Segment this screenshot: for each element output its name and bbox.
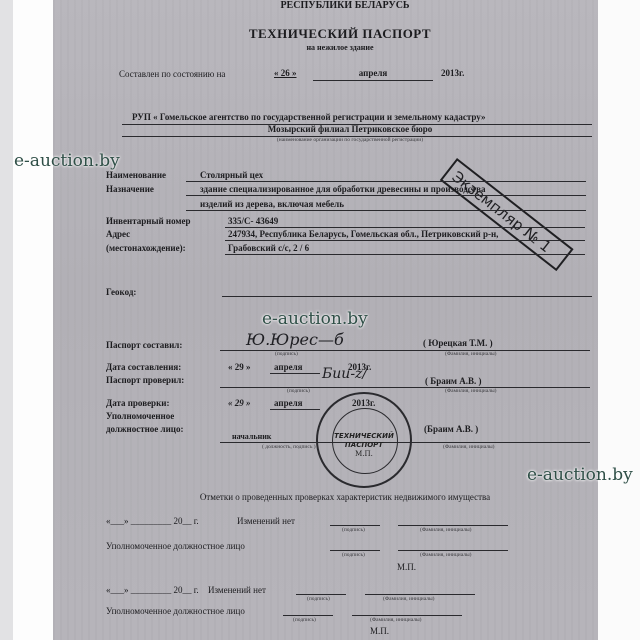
- scan-margin-right: [598, 0, 640, 640]
- compile-date-day: « 29 »: [228, 362, 251, 372]
- address-line2: Грабовский с/с, 2 / 6: [228, 243, 309, 253]
- check1-date: «___» _________ 20__ г.: [106, 516, 199, 526]
- check2-name-caption: (Фамилия, инициалы): [383, 596, 435, 602]
- scan-margin-left: [13, 0, 53, 640]
- checker-signature: Бuu-z/: [322, 366, 367, 382]
- watermark: e-auction.by: [527, 465, 633, 485]
- check1-official-sign-caption: (подпись): [342, 552, 365, 558]
- check1-name-caption: (Фамилия, инициалы): [420, 527, 472, 533]
- check-date-month: апреля: [274, 398, 303, 408]
- check-date-day: « 29 »: [228, 398, 251, 408]
- purpose-underline1: [186, 195, 586, 196]
- check1-official-name-caption: (Фамилия, инициалы): [420, 552, 472, 558]
- watermark: e-auction.by: [14, 151, 120, 171]
- republic-header: РЕСПУБЛИКИ БЕЛАРУСЬ: [230, 0, 460, 11]
- name-value: Столярный цех: [200, 170, 263, 180]
- check2-official-sign-caption: (подпись): [293, 617, 316, 623]
- check2-name-line: [365, 594, 475, 595]
- check1-official-name-line: [398, 550, 508, 551]
- document-title: ТЕХНИЧЕСКИЙ ПАСПОРТ: [220, 26, 460, 42]
- compile-month-underline: [270, 373, 320, 374]
- address-line1: 247934, Республика Беларусь, Гомельская …: [228, 229, 498, 239]
- compiled-by-label: Паспорт составил:: [106, 340, 182, 350]
- geocode-underline: [222, 296, 592, 297]
- organization-branch: Мозырский филиал Петриковское бюро: [200, 124, 500, 134]
- check2-official-name-caption: (Фамилия, инициалы): [370, 617, 422, 623]
- official-seal: ТЕХНИЧЕСКИЙ ПАСПОРТ М.П.: [316, 392, 412, 488]
- compiled-label: Составлен по состоянию на: [119, 69, 225, 79]
- check2-date: «___» _________ 20__ г.: [106, 585, 199, 595]
- checked-by-name: ( Браим А.В. ): [425, 376, 482, 386]
- address-underline2: [225, 254, 585, 255]
- address-underline1: [225, 240, 585, 241]
- checked-by-underline: [220, 387, 590, 388]
- purpose-line2: изделий из дерева, включая мебель: [200, 199, 344, 209]
- check2-official-name-line: [352, 615, 462, 616]
- check2-no-changes: Изменений нет: [208, 585, 266, 595]
- compiled-month-underline: [313, 80, 433, 81]
- official-name: (Браим А.В. ): [424, 424, 478, 434]
- seal-line3: М.П.: [318, 450, 410, 458]
- compiled-day: « 26 »: [274, 68, 297, 78]
- check1-official: Уполномоченное должностное лицо: [106, 541, 245, 551]
- checks-title: Отметки о проведенных проверках характер…: [150, 492, 540, 502]
- compiler-signature: Ю.Юрес—б: [246, 330, 344, 349]
- address-label: Адрес: [106, 229, 130, 239]
- check1-name-line: [398, 525, 508, 526]
- compiled-signature-caption: (подпись): [275, 351, 298, 357]
- name-underline: [186, 181, 586, 182]
- inventory-label: Инвентарный номер: [106, 216, 191, 226]
- checked-name-caption: (Фамилия, инициалы): [445, 388, 497, 394]
- geocode-label: Геокод:: [106, 287, 136, 297]
- watermark: e-auction.by: [262, 309, 368, 329]
- check2-sign-caption: (подпись): [307, 596, 330, 602]
- purpose-line1: здание специализированное для обработки …: [200, 184, 486, 194]
- compiled-by-name: ( Юрецкая Т.М. ): [423, 338, 493, 348]
- official-position: начальник: [232, 432, 271, 441]
- compile-date-month: апреля: [274, 362, 303, 372]
- check-month-underline: [270, 409, 320, 410]
- compiled-name-caption: (Фамилия, инициалы): [445, 351, 497, 357]
- official-label-1: Уполномоченное: [106, 411, 174, 421]
- compile-date-label: Дата составления:: [106, 362, 181, 372]
- checked-by-label: Паспорт проверил:: [106, 375, 184, 385]
- scan-border-left: [0, 0, 14, 640]
- compiled-month: апреля: [313, 68, 433, 78]
- seal-line1: ТЕХНИЧЕСКИЙ: [318, 432, 410, 440]
- check1-sign-line: [330, 525, 380, 526]
- check1-official-sign-line: [330, 550, 380, 551]
- document-subtitle: на нежилое здание: [260, 43, 420, 52]
- purpose-label: Назначение: [106, 184, 154, 194]
- position-caption: ( должность, подпись ): [262, 444, 316, 450]
- checked-signature-caption: (подпись): [287, 388, 310, 394]
- check2-stamp-place: М.П.: [370, 626, 389, 636]
- name-label: Наименование: [106, 170, 166, 180]
- seal-line2: ПАСПОРТ: [318, 441, 410, 449]
- check2-official: Уполномоченное должностное лицо: [106, 606, 245, 616]
- inventory-value: 335/С- 43649: [228, 216, 278, 226]
- address-label-2: (местонахождение):: [106, 243, 186, 253]
- organization-name: РУП « Гомельское агентство по государств…: [132, 112, 486, 122]
- check1-stamp-place: М.П.: [397, 562, 416, 572]
- purpose-underline2: [186, 210, 586, 211]
- check1-sign-caption: (подпись): [342, 527, 365, 533]
- check1-no-changes: Изменений нет: [237, 516, 295, 526]
- organization-caption: (наименование организации по государстве…: [200, 137, 500, 143]
- inventory-underline: [225, 227, 585, 228]
- compiled-year: 2013г.: [441, 68, 464, 78]
- official-label-2: должностное лицо:: [106, 424, 183, 434]
- check2-official-sign-line: [283, 615, 333, 616]
- official-name-caption: (Фамилия, инициалы): [443, 444, 495, 450]
- check-date-label: Дата проверки:: [106, 398, 169, 408]
- check2-sign-line: [296, 594, 346, 595]
